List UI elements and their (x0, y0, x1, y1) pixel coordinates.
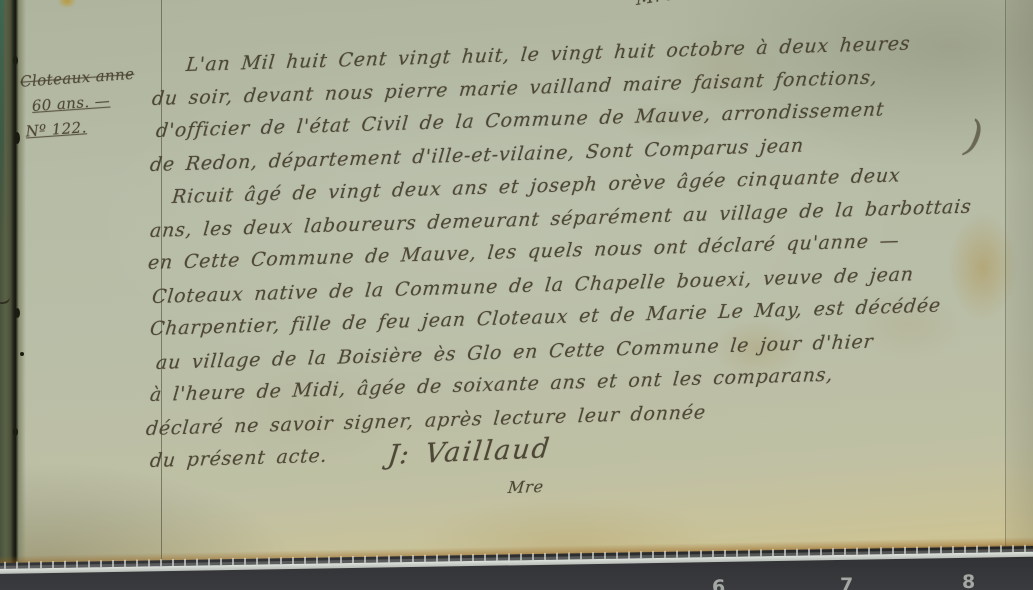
margin-act-number: Nº 122. (25, 113, 159, 140)
ruler-number: 7 (840, 574, 854, 590)
margin-age: 60 ans. — (31, 88, 157, 115)
flourish-paren: ) (962, 110, 987, 161)
book-edge-strip (0, 0, 4, 236)
mayor-title-abbreviation: Mre (507, 477, 545, 497)
document-scan: Cloteaux anne 60 ans. — Nº 122. Mre ) L'… (0, 0, 1033, 590)
manuscript-line: déclaré ne savoir signer, après lecture … (145, 401, 707, 440)
ink-speck (14, 132, 20, 144)
ink-speck (20, 352, 24, 356)
ruler-number: 8 (962, 571, 976, 590)
ink-speck (15, 308, 20, 318)
manuscript-line: du présent acte. (149, 445, 329, 472)
ink-speck (13, 428, 18, 436)
margin-annotation: Cloteaux anne 60 ans. — Nº 122. (20, 63, 160, 147)
page-fold-line (1005, 0, 1006, 556)
ink-speck (13, 56, 18, 65)
mayor-signature: J: Vaillaud (386, 433, 553, 471)
ink-stain (58, 0, 76, 8)
margin-deceased-name: Cloteaux anne (20, 63, 156, 90)
ruler-number: 6 (712, 576, 726, 590)
page-fold-shading (1006, 0, 1033, 560)
top-edge-fragment: Mre (636, 0, 676, 10)
